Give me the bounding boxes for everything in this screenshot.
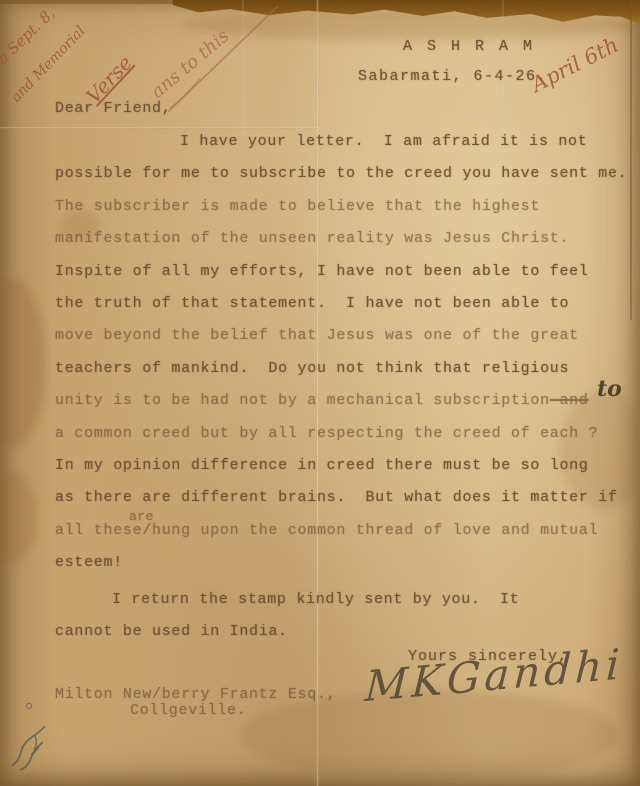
typed-line: esteem! bbox=[55, 547, 633, 579]
typed-line-with-insertion: all these/hung upon the common thread of… bbox=[55, 515, 633, 547]
salutation: Dear Friend, bbox=[55, 100, 171, 117]
struck-out-word: -and bbox=[550, 392, 589, 409]
typed-line: a common creed but by all respecting the… bbox=[55, 418, 633, 450]
typed-line: Inspite of all my efforts, I have not be… bbox=[55, 256, 633, 288]
typed-line: cannot be used in India. bbox=[55, 616, 633, 648]
pencil-scribble-small bbox=[31, 736, 39, 754]
typed-line: The subscriber is made to believe that t… bbox=[55, 191, 633, 223]
recipient-city: Collgeville. bbox=[130, 702, 246, 719]
stain bbox=[0, 278, 46, 448]
letterhead-ashram: A S H R A M bbox=[403, 38, 535, 55]
body-paragraph-2: I return the stamp kindly sent by you. I… bbox=[55, 584, 633, 649]
letter-scan: A S H R A M Sabarmati, 6-4-26. April 6th… bbox=[0, 0, 640, 786]
typed-insertion-are: are bbox=[129, 501, 154, 533]
recipient-name: Milton New/berry Frantz Esq., bbox=[55, 686, 336, 703]
stain bbox=[0, 470, 37, 565]
typed-line: move beyond the belief that Jesus was on… bbox=[55, 320, 633, 352]
typed-line: manifestation of the unseen reality was … bbox=[55, 223, 633, 255]
typed-segment: unity is to be had not by a mechanical s… bbox=[55, 392, 550, 409]
handwritten-insert-to: to bbox=[597, 376, 622, 402]
typed-line: teachers of mankind. Do you not think th… bbox=[55, 353, 633, 385]
stain bbox=[180, 10, 640, 40]
typed-segment: hung upon the common thread of love and … bbox=[152, 522, 598, 539]
typed-line: possible for me to subscribe to the cree… bbox=[55, 158, 633, 190]
typed-line: the truth of that statement. I have not … bbox=[55, 288, 633, 320]
pencil-dot bbox=[26, 703, 31, 708]
annotation-diagonal: ans to this bbox=[147, 25, 233, 102]
typed-line-with-strikeout: unity is to be had not by a mechanical s… bbox=[55, 385, 633, 417]
torn-top-edge-left bbox=[0, 0, 176, 4]
typed-line: I have your letter. I am afraid it is no… bbox=[55, 126, 633, 158]
typed-line: In my opinion difference in creed there … bbox=[55, 450, 633, 482]
typed-line: I return the stamp kindly sent by you. I… bbox=[55, 584, 633, 616]
handwritten-date-note: April 6th bbox=[528, 33, 623, 97]
body-paragraph-1: I have your letter. I am afraid it is no… bbox=[55, 126, 633, 579]
letterhead-dateline: Sabarmati, 6-4-26. bbox=[358, 68, 547, 85]
pencil-scribble bbox=[12, 726, 45, 770]
